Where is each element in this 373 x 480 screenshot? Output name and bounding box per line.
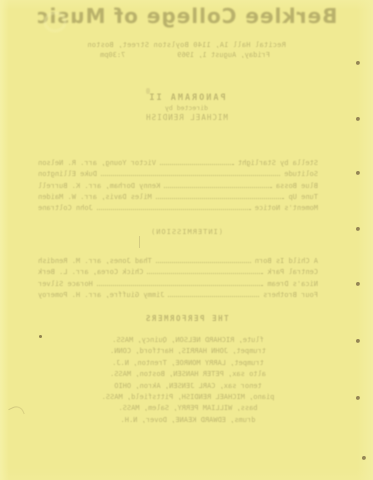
program-row: Four Brothers Jimmy Giuffre, arr. H. Pom… bbox=[38, 288, 318, 299]
address-line: Recital Hall 1A, 1140 Boylston Street, B… bbox=[0, 41, 373, 49]
scanned-program-page: Berklee College of Music Recital Hall 1A… bbox=[0, 0, 373, 480]
dotted-leader bbox=[168, 296, 259, 297]
piece-title: Moment's Notice bbox=[255, 204, 318, 212]
piece-title: Central Park bbox=[267, 268, 318, 276]
program-row: Moment's Notice John Coltrane bbox=[38, 201, 318, 212]
binding-hole-mark bbox=[356, 339, 360, 343]
piece-title: Four Brothers bbox=[263, 291, 318, 299]
program-row: Central Park Chick Corea, arr. L. Berk bbox=[38, 265, 318, 276]
show-through-text-layer: Berklee College of Music Recital Hall 1A… bbox=[0, 0, 373, 480]
ink-speck bbox=[39, 335, 42, 338]
performer-line: bass, WILLIAM PERRY, Salem, MASS. bbox=[48, 403, 328, 414]
binding-hole-mark bbox=[362, 456, 366, 460]
binding-hole-mark bbox=[356, 282, 360, 286]
piece-title: Stella by Starlight bbox=[238, 159, 318, 167]
performer-line: piano, MICHAEL RENDISH, Pittsfield, MASS… bbox=[48, 392, 328, 403]
dotted-leader bbox=[160, 164, 234, 165]
dotted-leader bbox=[164, 187, 272, 188]
program-row: Tune Up Miles Davis, arr. W. Maiden bbox=[38, 190, 318, 201]
crease-mark bbox=[139, 236, 140, 248]
piece-credit: Duke Ellington bbox=[38, 170, 97, 178]
dotted-leader bbox=[156, 262, 251, 263]
time-text: 7:30pm bbox=[100, 51, 125, 59]
binding-hole-mark bbox=[356, 396, 360, 400]
piece-credit: Jimmy Giuffre, arr. H. Pomeroy bbox=[38, 291, 164, 299]
director-name: MICHAEL RENDISH bbox=[0, 113, 373, 122]
dotted-leader bbox=[147, 273, 263, 274]
binding-hole-mark bbox=[356, 227, 360, 231]
piece-title: Nica's Dream bbox=[267, 280, 318, 288]
piece-title: A Child Is Born bbox=[255, 257, 318, 265]
date-line: Friday, August 1, 1969 7:30pm bbox=[100, 51, 270, 59]
piece-credit: Horace Silver bbox=[38, 280, 93, 288]
binding-hole-mark bbox=[356, 171, 360, 175]
binding-hole-mark bbox=[356, 117, 360, 121]
performers-heading: THE PERFORMERS bbox=[0, 314, 373, 323]
performer-line: alto sax, PETER HANSEN, Boston, MASS. bbox=[48, 369, 328, 380]
piece-credit: Chick Corea, arr. L. Berk bbox=[38, 268, 143, 276]
smudge-mark bbox=[146, 88, 150, 94]
piece-title: Blue Bossa bbox=[276, 182, 318, 190]
dotted-leader bbox=[97, 209, 251, 210]
performer-line: tenor sax, CARL JENSEN, Akron, OHIO bbox=[48, 381, 328, 392]
performer-line: trumpet, LARRY MONROE, Trenton, N.J. bbox=[48, 358, 328, 369]
binding-hole-mark bbox=[356, 61, 360, 65]
directed-by-label: directed by bbox=[0, 104, 373, 112]
piece-title: Tune Up bbox=[288, 193, 318, 201]
program-row: Solitude Duke Ellington bbox=[38, 167, 318, 178]
program-list-part1: Stella by Starlight Victor Young, arr. R… bbox=[38, 156, 318, 212]
piece-credit: Thad Jones, arr. M. Rendish bbox=[38, 257, 152, 265]
performer-line: drums, EDWARD KEANE, Dover, N.H. bbox=[48, 415, 328, 426]
performer-line: flute, RICHARD NELSON, Quincy, MASS. bbox=[48, 335, 328, 346]
program-row: A Child Is Born Thad Jones, arr. M. Rend… bbox=[38, 254, 318, 265]
dotted-leader bbox=[101, 175, 280, 176]
piece-credit: Miles Davis, arr. W. Maiden bbox=[38, 193, 152, 201]
paper-watermark-ring bbox=[44, 12, 66, 32]
program-row: Stella by Starlight Victor Young, arr. R… bbox=[38, 156, 318, 167]
intermission-label: (INTERMISSION) bbox=[0, 228, 373, 236]
program-list-part2: A Child Is Born Thad Jones, arr. M. Rend… bbox=[38, 254, 318, 299]
piece-credit: Victor Young, arr. R. Nelson bbox=[38, 159, 156, 167]
program-title: PANORAMA II bbox=[0, 93, 373, 103]
piece-credit: Kenny Dorham, arr. K. Burrell bbox=[38, 182, 160, 190]
program-row: Blue Bossa Kenny Dorham, arr. K. Burrell bbox=[38, 178, 318, 189]
date-text: Friday, August 1, 1969 bbox=[177, 51, 270, 59]
performers-list: flute, RICHARD NELSON, Quincy, MASS. tru… bbox=[48, 335, 328, 426]
dotted-leader bbox=[156, 198, 285, 199]
piece-credit: John Coltrane bbox=[38, 204, 93, 212]
piece-title: Solitude bbox=[284, 170, 318, 178]
dotted-leader bbox=[97, 285, 264, 286]
performer-line: trumpet, JOHN HARRIS, Hartford, CONN. bbox=[48, 346, 328, 357]
program-row: Nica's Dream Horace Silver bbox=[38, 276, 318, 287]
